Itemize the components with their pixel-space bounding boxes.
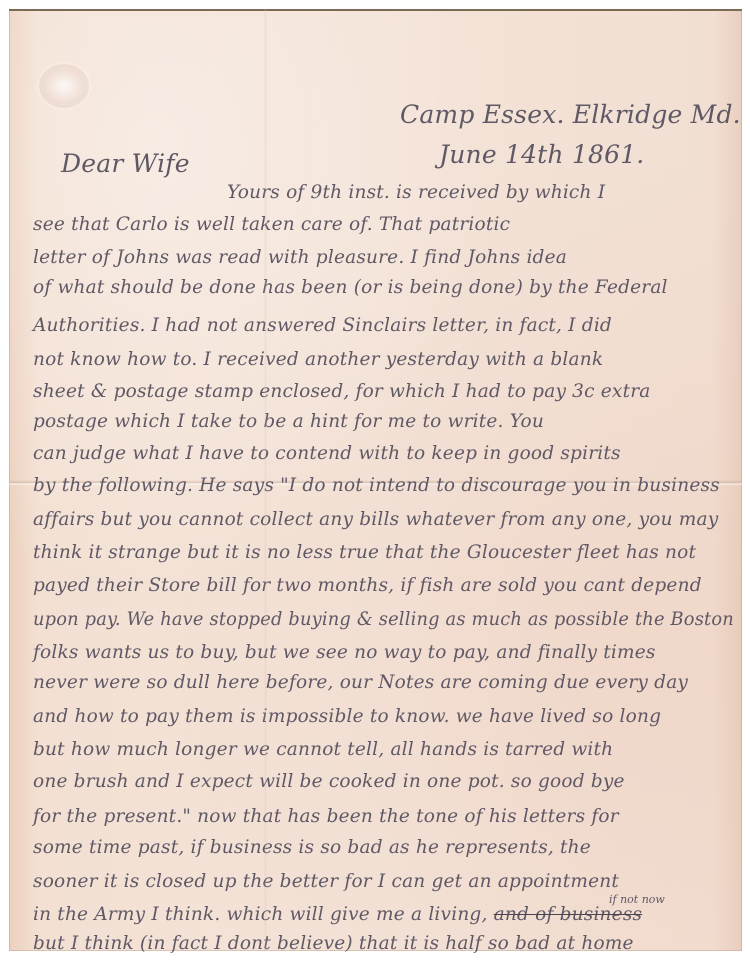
letter-line: one brush and I expect will be cooked in… bbox=[33, 771, 625, 792]
letter-line: postage which I take to be a hint for me… bbox=[33, 411, 544, 432]
letter-line: in the Army I think. which will give me … bbox=[33, 904, 642, 925]
letter-line: folks wants us to buy, but we see no way… bbox=[33, 642, 656, 663]
letter-line: by the following. He says "I do not inte… bbox=[33, 475, 720, 496]
embossed-stationery-seal bbox=[39, 64, 89, 108]
letter-line: and how to pay them is impossible to kno… bbox=[33, 706, 661, 727]
salutation: Dear Wife bbox=[61, 149, 190, 178]
letter-line-text: in the Army I think. which will give me … bbox=[33, 904, 488, 925]
letter-line: of what should be done has been (or is b… bbox=[33, 277, 668, 298]
letter-line: payed their Store bill for two months, i… bbox=[33, 575, 702, 596]
letter-line: but I think (in fact I dont believe) tha… bbox=[33, 933, 634, 954]
letter-line: think it strange but it is no less true … bbox=[33, 542, 696, 563]
inserted-correction: if not now bbox=[609, 893, 665, 906]
letter-line: sooner it is closed up the better for I … bbox=[33, 871, 619, 892]
letter-page: Camp Essex. Elkridge Md. June 14th 1861.… bbox=[9, 9, 742, 951]
letter-line: affairs but you cannot collect any bills… bbox=[33, 509, 718, 530]
letter-line: but how much longer we cannot tell, all … bbox=[33, 739, 613, 760]
letter-line: letter of Johns was read with pleasure. … bbox=[33, 247, 567, 268]
letter-line: sheet & postage stamp enclosed, for whic… bbox=[33, 381, 650, 402]
letter-line: Yours of 9th inst. is received by which … bbox=[227, 182, 605, 203]
letter-line: never were so dull here before, our Note… bbox=[33, 672, 688, 693]
letter-place: Camp Essex. Elkridge Md. bbox=[400, 100, 741, 129]
letter-line: can judge what I have to contend with to… bbox=[33, 443, 621, 464]
letter-line: for the present." now that has been the … bbox=[33, 806, 619, 827]
letter-line: see that Carlo is well taken care of. Th… bbox=[33, 214, 510, 235]
struck-out-text: and of business bbox=[494, 904, 643, 925]
letter-line: Authorities. I had not answered Sinclair… bbox=[33, 315, 612, 336]
letter-line: not know how to. I received another yest… bbox=[33, 349, 603, 370]
letter-line: upon pay. We have stopped buying & selli… bbox=[33, 609, 734, 630]
letter-line: some time past, if business is so bad as… bbox=[33, 837, 591, 858]
letter-date: June 14th 1861. bbox=[439, 140, 644, 169]
